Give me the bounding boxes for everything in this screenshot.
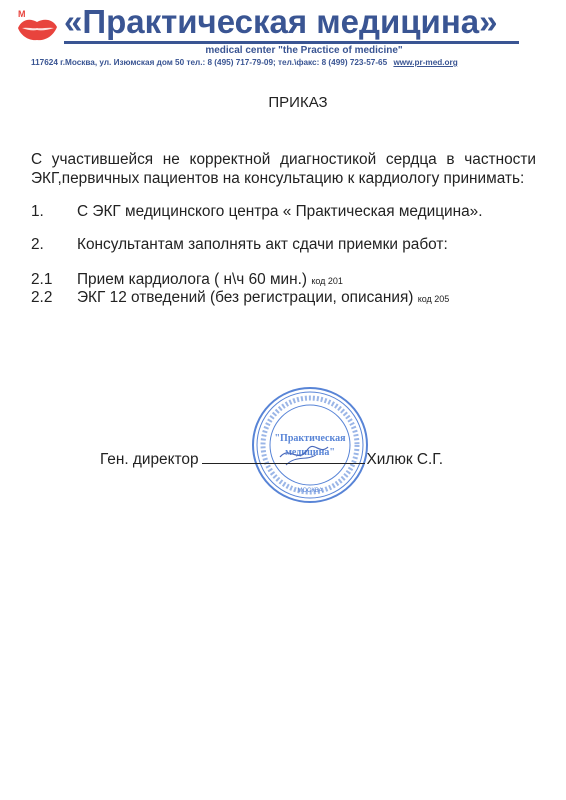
signature-line — [202, 449, 365, 464]
list-item: 2.Консультантам заполнять акт сдачи прие… — [31, 236, 448, 254]
item-text: ЭКГ 12 отведений (без регистрации, описа… — [77, 289, 413, 306]
brand-name: «Практическая медицина» — [64, 2, 497, 42]
item-number: 1. — [31, 203, 77, 221]
svg-text:"Практическая: "Практическая — [275, 433, 347, 444]
item-text: Консультантам заполнять акт сдачи приемк… — [77, 236, 448, 253]
item-text: С ЭКГ медицинского центра « Практическая… — [77, 203, 483, 220]
website-link[interactable]: www.pr-med.org — [393, 58, 457, 67]
svg-text:МОСКВА: МОСКВА — [297, 488, 322, 494]
header-divider — [64, 41, 519, 44]
item-number: 2.2 — [31, 289, 77, 307]
list-item: 2.1Прием кардиолога ( н\ч 60 мин.) код 2… — [31, 271, 343, 289]
lips-logo-icon: M — [16, 8, 58, 44]
signature-block: Ген. директорХилюк С.Г. — [100, 449, 443, 469]
paragraph-line-2: ЭКГ,первичных пациентов на консультацию … — [31, 170, 524, 187]
list-item: 2.2ЭКГ 12 отведений (без регистрации, оп… — [31, 289, 449, 307]
logo-letter: M — [18, 9, 26, 19]
signatory-name: Хилюк С.Г. — [367, 451, 444, 468]
company-stamp-icon: "Практическая медицина" МОСКВА — [250, 385, 370, 505]
order-paragraph: С участившейся не корректной диагностико… — [31, 150, 536, 188]
list-item: 1.С ЭКГ медицинского центра « Практическ… — [31, 203, 483, 221]
item-number: 2. — [31, 236, 77, 254]
document-title: ПРИКАЗ — [0, 94, 566, 111]
item-text: Прием кардиолога ( н\ч 60 мин.) — [77, 271, 307, 288]
item-code: код 201 — [311, 276, 343, 286]
contact-line: 117624 г.Москва, ул. Изюмская дом 50 тел… — [31, 58, 458, 67]
address-text: 117624 г.Москва, ул. Изюмская дом 50 тел… — [31, 58, 387, 67]
item-number: 2.1 — [31, 271, 77, 289]
paragraph-line-1: С участившейся не корректной диагностико… — [31, 150, 536, 169]
brand-subtitle: medical center "the Practice of medicine… — [0, 45, 566, 56]
signatory-position: Ген. директор — [100, 451, 199, 468]
item-code: код 205 — [418, 294, 450, 304]
